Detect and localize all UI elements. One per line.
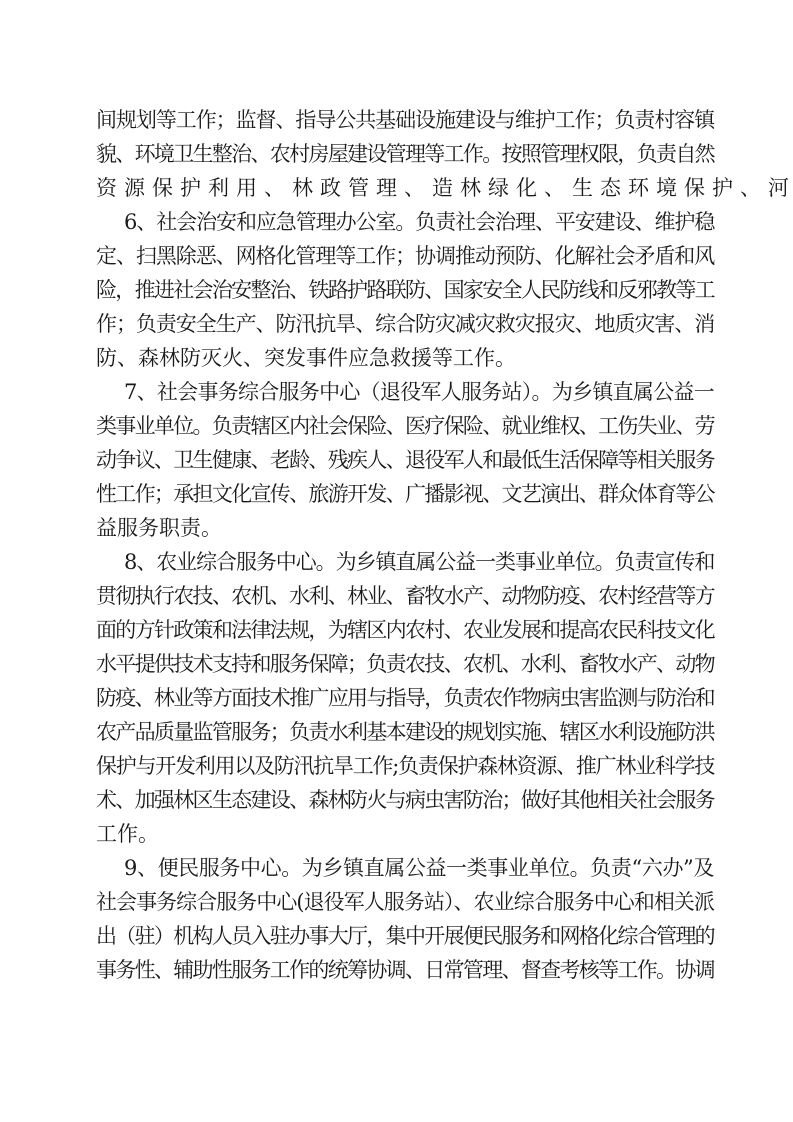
paragraph-item-8: 8、农业综合服务中心。为乡镇直属公益一类事业单位。负责宣传和 贯彻执行农技、农机… (96, 545, 714, 851)
text-line: 农产品质量监管服务；负责水利基本建设的规划实施、辖区水利设施防洪 (96, 715, 714, 749)
text-line: 貌、环境卫生整治、农村房屋建设管理等工作。按照管理权限，负责自然 (96, 137, 714, 171)
text-line: 社会事务综合服务中心(退役军人服务站）、农业综合服务中心和相关派 (96, 885, 714, 919)
text-line: 7、社会事务综合服务中心（退役军人服务站）。为乡镇直属公益一 (96, 375, 714, 409)
text-line: 类事业单位。负责辖区内社会保险、医疗保险、就业维权、工伤失业、劳 (96, 409, 714, 443)
text-line: 贯彻执行农技、农机、水利、林业、畜牧水产、动物防疫、农村经营等方 (96, 579, 714, 613)
text-line: 面的方针政策和法律法规，为辖区内农村、农业发展和提高农民科技文化 (96, 613, 714, 647)
text-line: 事务性、辅助性服务工作的统筹协调、日常管理、督查考核等工作。协调 (96, 953, 714, 987)
text-line: 益服务职责。 (96, 511, 714, 545)
text-line: 水平提供技术支持和服务保障；负责农技、农机、水利、畜牧水产、动物 (96, 647, 714, 681)
text-line: 工作。 (96, 817, 714, 851)
paragraph-item-9: 9、便民服务中心。为乡镇直属公益一类事业单位。负责“六办”及 社会事务综合服务中… (96, 851, 714, 987)
text-line: 9、便民服务中心。为乡镇直属公益一类事业单位。负责“六办”及 (96, 851, 714, 885)
text-line: 保护与开发利用以及防汛抗旱工作;负责保护森林资源、推广林业科学技 (96, 749, 714, 783)
text-line: 防疫、林业等方面技术推广应用与指导，负责农作物病虫害监测与防治和 (96, 681, 714, 715)
text-line: 出（驻）机构人员入驻办事大厅，集中开展便民服务和网格化综合管理的 (96, 919, 714, 953)
text-line: 资源保护利用、林政管理、造林绿化、生态环境保护、河长制等工作。 (96, 171, 714, 205)
paragraph-item-7: 7、社会事务综合服务中心（退役军人服务站）。为乡镇直属公益一 类事业单位。负责辖… (96, 375, 714, 545)
text-line: 作；负责安全生产、防汛抗旱、综合防灾减灾救灾报灾、地质灾害、消 (96, 307, 714, 341)
text-line: 防、森林防灭火、突发事件应急救援等工作。 (96, 341, 714, 375)
text-line: 6、社会治安和应急管理办公室。负责社会治理、平安建设、维护稳 (96, 205, 714, 239)
paragraph-item-6: 6、社会治安和应急管理办公室。负责社会治理、平安建设、维护稳 定、扫黑除恶、网格… (96, 205, 714, 375)
text-line: 术、加强林区生态建设、森林防火与病虫害防治；做好其他相关社会服务 (96, 783, 714, 817)
text-line: 动争议、卫生健康、老龄、残疾人、退役军人和最低生活保障等相关服务 (96, 443, 714, 477)
text-line: 性工作；承担文化宣传、旅游开发、广播影视、文艺演出、群众体育等公 (96, 477, 714, 511)
paragraph-continuation: 间规划等工作；监督、指导公共基础设施建设与维护工作；负责村容镇 貌、环境卫生整治… (96, 103, 714, 205)
text-line: 8、农业综合服务中心。为乡镇直属公益一类事业单位。负责宣传和 (96, 545, 714, 579)
document-page: 间规划等工作；监督、指导公共基础设施建设与维护工作；负责村容镇 貌、环境卫生整治… (96, 103, 714, 987)
text-line: 间规划等工作；监督、指导公共基础设施建设与维护工作；负责村容镇 (96, 103, 714, 137)
text-line: 定、扫黑除恶、网格化管理等工作；协调推动预防、化解社会矛盾和风 (96, 239, 714, 273)
text-line: 险，推进社会治安整治、铁路护路联防、国家安全人民防线和反邪教等工 (96, 273, 714, 307)
